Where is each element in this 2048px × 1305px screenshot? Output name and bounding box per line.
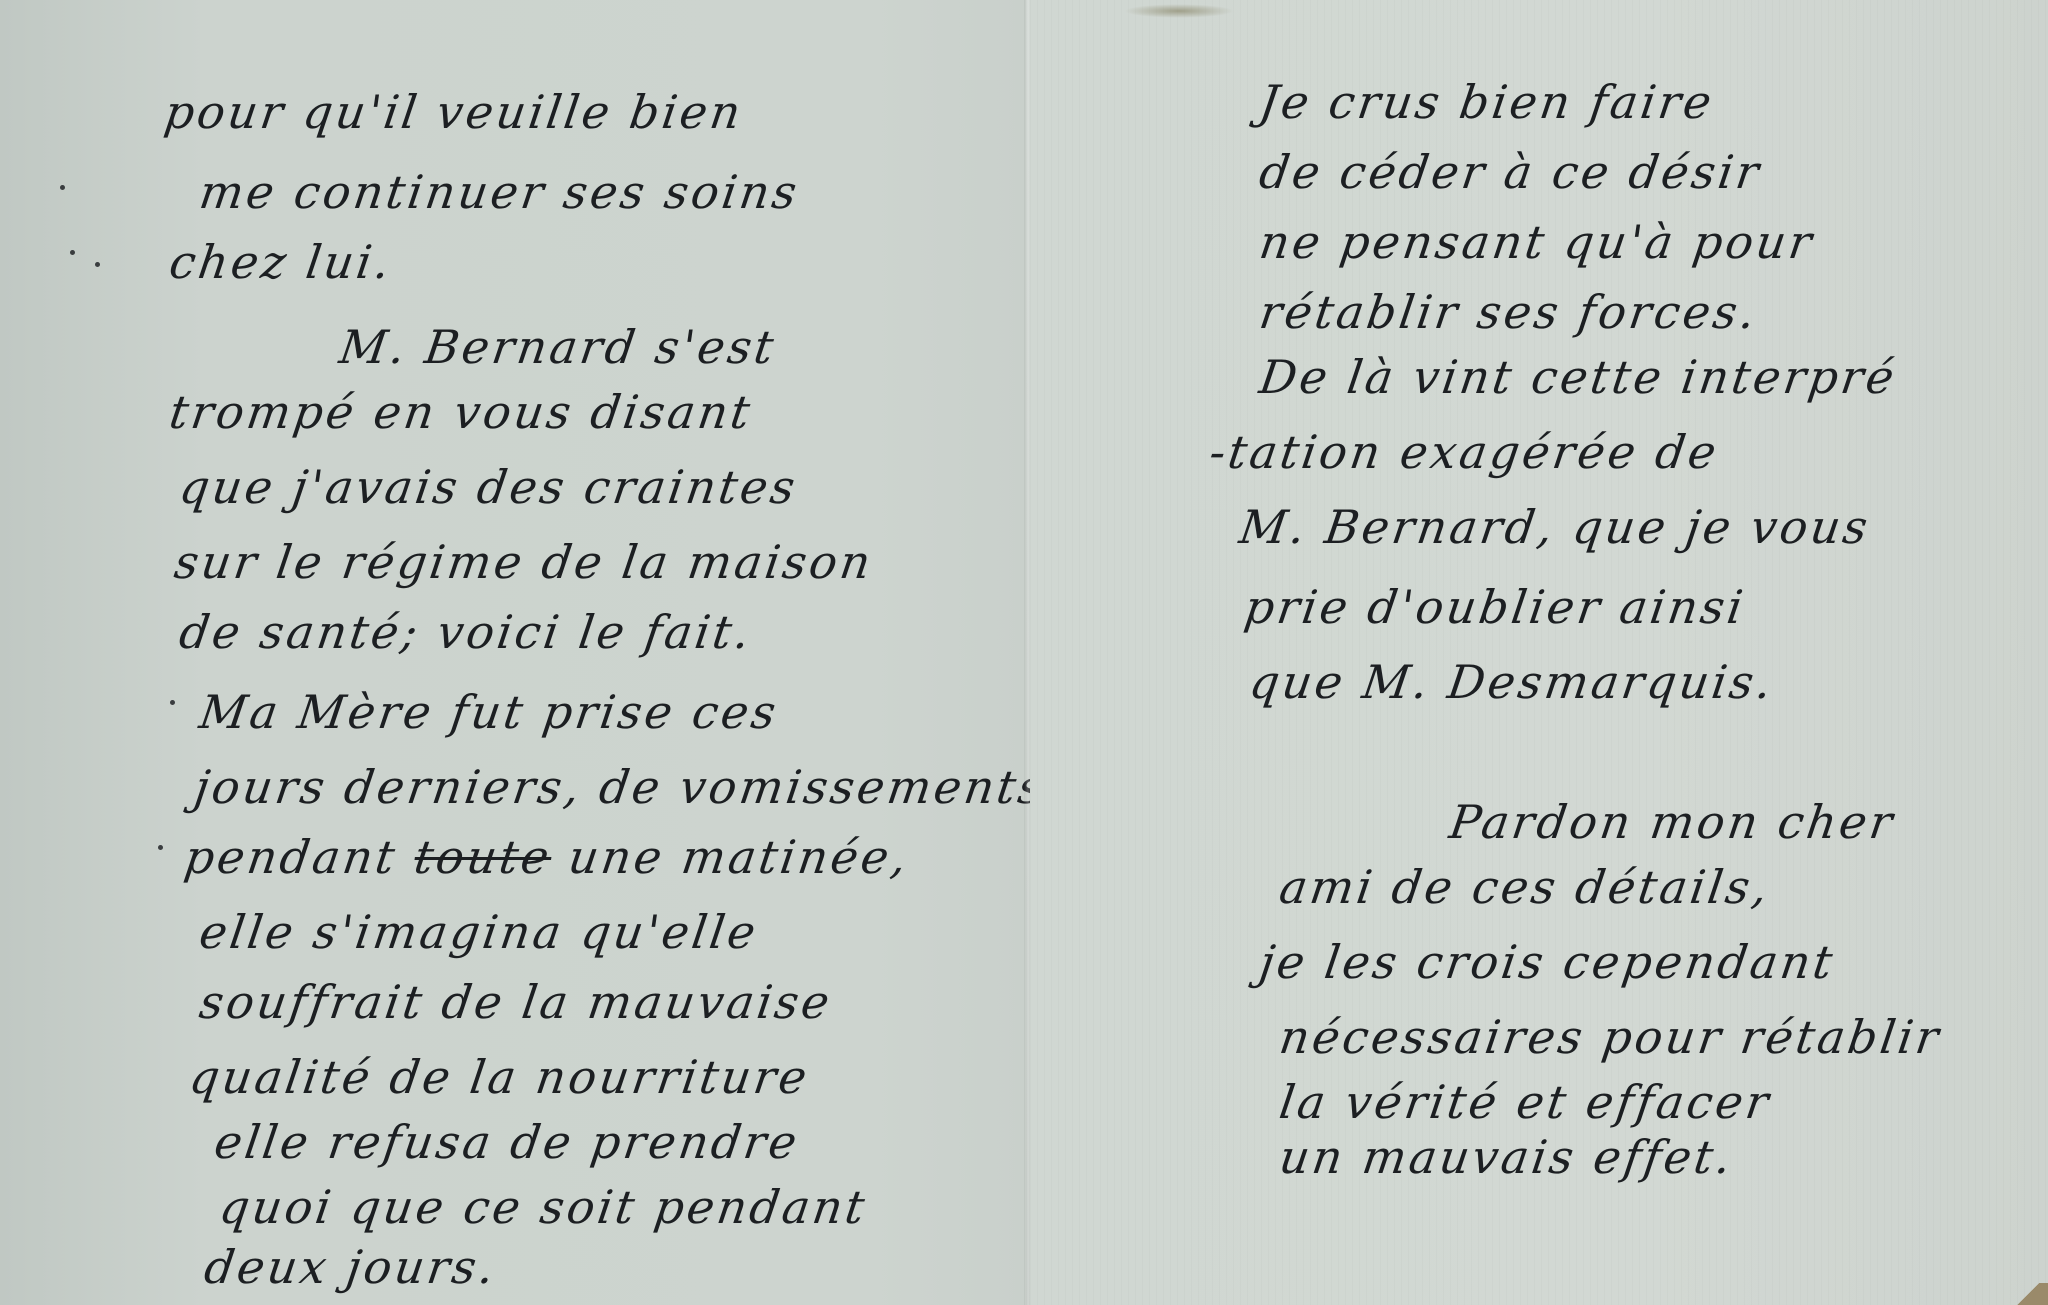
letter-line: De là vint cette interpré (1256, 350, 1900, 404)
letter-line: je les crois cependant (1256, 935, 1839, 989)
letter-line: sur le régime de la maison (171, 535, 877, 589)
letter-line: ami de ces détails, (1276, 860, 1774, 914)
letter-spread: pour qu'il veuille bien me continuer ses… (0, 0, 2048, 1305)
left-page: pour qu'il veuille bien me continuer ses… (0, 0, 1026, 1305)
letter-line: M. Bernard, que je vous (1236, 500, 1874, 554)
ink-dot (95, 262, 100, 267)
letter-line: M. Bernard s'est (336, 320, 780, 374)
letter-line: la vérité et effacer (1276, 1075, 1775, 1129)
ink-stain (1124, 4, 1234, 18)
right-page: Je crus bien faire de céder à ce désir n… (1030, 0, 2048, 1305)
letter-line: prie d'oublier ainsi (1241, 580, 1749, 634)
letter-line: chez lui. (166, 235, 396, 289)
ink-dot (60, 185, 65, 190)
letter-line: Pardon mon cher (1446, 795, 1898, 849)
letter-line: Je crus bien faire (1256, 75, 1717, 129)
letter-line: quoi que ce soit pendant (216, 1180, 871, 1234)
ink-dot (170, 700, 175, 705)
ink-dot (158, 845, 163, 850)
letter-line: de santé; voici le fait. (176, 605, 756, 659)
letter-line: -tation exagérée de (1206, 425, 1722, 479)
letter-line: jours derniers, de vomissements (191, 760, 1049, 814)
letter-line: qualité de la nourriture (186, 1050, 813, 1104)
letter-line: rétablir ses forces. (1256, 285, 1761, 339)
struck-word: toute (411, 830, 555, 884)
text: pendant (181, 830, 418, 884)
letter-line: ne pensant qu'à pour (1256, 215, 1818, 269)
text: une matinée, (548, 830, 913, 884)
letter-line: Ma Mère fut prise ces (196, 685, 782, 739)
letter-line: souffrait de la mauvaise (196, 975, 835, 1029)
letter-line: me continuer ses soins (196, 165, 803, 219)
letter-line: que M. Desmarquis. (1246, 655, 1778, 709)
letter-line: pour qu'il veuille bien (161, 85, 747, 139)
letter-line: de céder à ce désir (1256, 145, 1765, 199)
letter-line: trompé en vous disant (166, 385, 756, 439)
letter-line: nécessaires pour rétablir (1276, 1010, 1945, 1064)
letter-line: que j'avais des craintes (176, 460, 801, 514)
ink-dot (70, 250, 75, 255)
letter-line: un mauvais effet. (1276, 1130, 1737, 1184)
torn-corner (2008, 1283, 2048, 1305)
letter-line: deux jours. (201, 1240, 500, 1294)
letter-line: elle s'imagina qu'elle (196, 905, 762, 959)
letter-line-with-strikeout: pendant toute une matinée, (181, 830, 913, 884)
letter-line: elle refusa de prendre (211, 1115, 803, 1169)
